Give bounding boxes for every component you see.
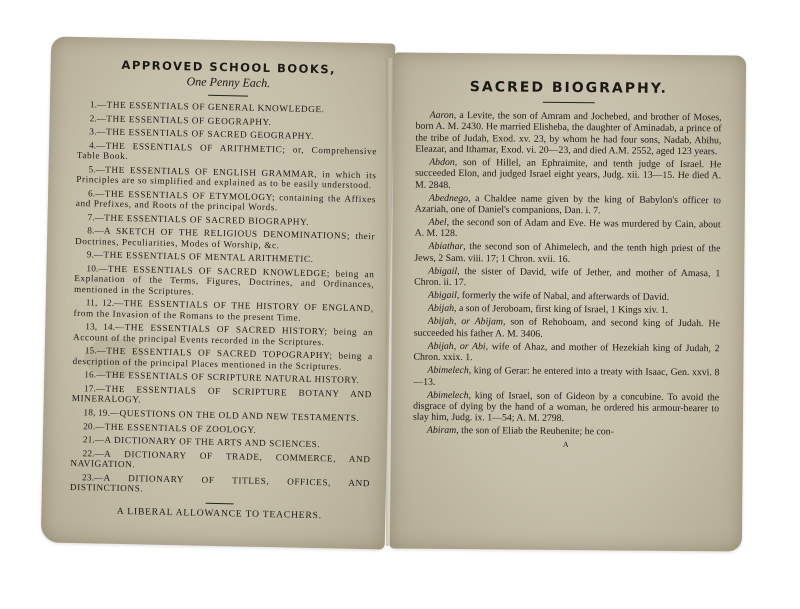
entry-text: , son of Hillel, an Ephraimite, and tent… — [415, 157, 721, 191]
biography-entry: Abiathar, the second son of Ahimelech, a… — [414, 241, 720, 266]
book-item: 11, 12.—THE ESSENTIALS OF THE HISTORY OF… — [73, 297, 373, 324]
divider-rule — [208, 95, 248, 97]
entry-text: , formerly the wife of Nabal, and afterw… — [457, 290, 669, 303]
right-page: SACRED BIOGRAPHY. Aaron, a Levite, the s… — [390, 52, 746, 551]
entry-name: Abigail — [428, 266, 457, 277]
book-item: 8.—A SKETCH OF THE RELIGIOUS DENOMINATIO… — [75, 225, 375, 252]
book-title: THE ESSENTIALS OF ARITHMETIC; or, Compre… — [77, 140, 377, 161]
book-number: 2.— — [90, 113, 107, 123]
book-item: 5.—THE ESSENTIALS OF ENGLISH GRAMMAR, in… — [76, 164, 376, 191]
divider-rule — [543, 102, 595, 103]
entry-text: , a Levite, the son of Amram and Jochebe… — [415, 110, 721, 157]
teachers-allowance-note: A LIBERAL ALLOWANCE TO TEACHERS. — [69, 504, 369, 521]
book-title: THE ESSENTIALS OF SCRIPTURE NATURAL HIST… — [106, 370, 360, 385]
book-number: 7.— — [87, 212, 104, 222]
book-title: THE ESSENTIALS OF ETYMOLOGY; containing … — [76, 188, 376, 212]
book-item: 13, 14.—THE ESSENTIALS OF SACRED HISTORY… — [73, 321, 373, 348]
book-number: 17.— — [84, 383, 106, 393]
book-title: THE ESSENTIALS OF SACRED KNOWLEDGE; bein… — [74, 264, 375, 297]
book-title: A DICTIONARY OF TRADE, COMMERCE, AND NAV… — [70, 448, 370, 469]
biography-entry: Aaron, a Levite, the son of Amram and Jo… — [415, 110, 721, 158]
book-number: 18, 19.— — [83, 407, 119, 418]
entry-text: , a son of Jeroboam, first king of Israe… — [454, 303, 668, 316]
book-title: THE ESSENTIALS OF MENTAL ARITHMETIC. — [103, 250, 313, 264]
entry-name: Abel — [429, 217, 447, 228]
biography-entry: Abiram, the son of Eliab the Reubenite; … — [413, 425, 719, 439]
entry-text: , the sister of David, wife of Jether, a… — [414, 266, 720, 288]
page-title: SACRED BIOGRAPHY. — [416, 79, 722, 98]
book-number: 1.— — [90, 99, 107, 109]
book-title: THE ESSENTIALS OF SACRED TOPOGRAPHY; bei… — [72, 346, 372, 371]
entry-name: Abdon — [429, 157, 455, 168]
signature-mark: A — [413, 438, 719, 450]
book-number: 10.— — [86, 263, 108, 273]
book-title: A SKETCH OF THE RELIGIOUS DENOMINATIONS;… — [75, 226, 375, 250]
book-number: 3.— — [89, 126, 106, 136]
book-number: 6.— — [88, 188, 105, 198]
book-number: 21.— — [83, 434, 105, 444]
book-number: 20.— — [83, 421, 105, 431]
entry-text: , the second son of Adam and Eve. He was… — [415, 217, 721, 239]
biography-entries: Aaron, a Levite, the son of Amram and Jo… — [413, 110, 722, 439]
biography-entry: Abimelech, king of Gerar: he entered int… — [413, 365, 719, 390]
book-item: 15.—THE ESSENTIALS OF SACRED TOPOGRAPHY;… — [72, 345, 372, 372]
book-number: 4.— — [89, 140, 106, 150]
biography-entry: Abijah, a son of Jeroboam, first king of… — [414, 303, 720, 317]
book-title: THE ESSENTIALS OF GENERAL KNOWLEDGE. — [107, 100, 325, 115]
book-item: 17.—THE ESSENTIALS OF SCRIPTURE BOTANY A… — [72, 383, 372, 410]
book-number: 15.— — [85, 346, 107, 356]
book-title: THE ESSENTIALS OF SACRED GEOGRAPHY. — [106, 127, 314, 141]
biography-entry: Abigail, formerly the wife of Nabal, and… — [414, 290, 720, 304]
entry-name: Abijah, or Abijam — [428, 316, 503, 328]
entry-text: , the son of Eliab the Reubenite; he con… — [456, 425, 614, 437]
entry-name: Abimelech — [427, 365, 468, 376]
biography-entry: Abijah, or Abi, wife of Ahaz, and mother… — [413, 340, 719, 365]
book-number: 9.— — [87, 250, 104, 260]
advertisement-column: APPROVED SCHOOL BOOKS, One Penny Each. 1… — [69, 57, 379, 531]
entry-name: Abigail — [428, 290, 457, 301]
book-title: QUESTIONS ON THE OLD AND NEW TESTAMENTS. — [119, 408, 359, 423]
book-number: 22.— — [83, 448, 105, 458]
book-number: 11, 12.— — [86, 298, 124, 309]
biography-column: SACRED BIOGRAPHY. Aaron, a Levite, the s… — [413, 79, 722, 450]
entry-name: Aaron — [430, 110, 454, 121]
entry-name: Abijah, or Abi — [428, 341, 486, 353]
left-page: APPROVED SCHOOL BOOKS, One Penny Each. 1… — [41, 36, 396, 549]
biography-entry: Abimelech, king of Israel, son of Gideon… — [413, 389, 719, 426]
book-title: THE ESSENTIALS OF GEOGRAPHY. — [106, 113, 271, 126]
divider-rule — [206, 502, 234, 504]
book-title: THE ESSENTIALS OF SCRIPTURE BOTANY AND M… — [72, 384, 372, 405]
entry-name: Abiram — [427, 425, 457, 436]
book-title: THE ESSENTIALS OF ENGLISH GRAMMAR, in wh… — [76, 164, 376, 190]
book-number: 8.— — [87, 226, 104, 236]
biography-entry: Abel, the second son of Adam and Eve. He… — [415, 217, 721, 242]
biography-entry: Abigail, the sister of David, wife of Je… — [414, 266, 720, 291]
entry-name: Abimelech — [427, 389, 468, 400]
book-title: A DITIONARY OF TITLES, OFFICES, AND DIST… — [70, 472, 370, 493]
book-title: A DICTIONARY OF THE ARTS AND SCIENCES. — [104, 435, 320, 450]
entry-name: Abijah — [428, 303, 454, 314]
book-number: 13, 14.— — [85, 322, 125, 333]
book-number: 23.— — [82, 472, 104, 482]
biography-entry: Abdon, son of Hillel, an Ephraimite, and… — [415, 157, 721, 194]
entry-name: Abednego — [429, 192, 468, 203]
book-number: 5.— — [88, 164, 105, 174]
book-list: 1.—THE ESSENTIALS OF GENERAL KNOWLEDGE. … — [70, 99, 378, 499]
book-title: THE ESSENTIALS OF ZOOLOGY. — [105, 421, 257, 434]
book-item: 23.—A DITIONARY OF TITLES, OFFICES, AND … — [70, 472, 370, 499]
book-item: 6.—THE ESSENTIALS OF ETYMOLOGY; containi… — [76, 188, 376, 215]
biography-entry: Abijah, or Abijam, son of Rehoboam, and … — [414, 316, 720, 341]
entry-name: Abiathar — [428, 241, 463, 252]
book-item: 22.—A DICTIONARY OF TRADE, COMMERCE, AND… — [70, 448, 370, 475]
book-number: 16.— — [84, 370, 106, 380]
book-title: THE ESSENTIALS OF SACRED BIOGRAPHY. — [104, 212, 309, 226]
biography-entry: Abednego, a Chaldee name given by the ki… — [415, 192, 721, 217]
book-item: 4.—THE ESSENTIALS OF ARITHMETIC; or, Com… — [77, 140, 377, 167]
book-item: 10.—THE ESSENTIALS OF SACRED KNOWLEDGE; … — [74, 263, 375, 300]
